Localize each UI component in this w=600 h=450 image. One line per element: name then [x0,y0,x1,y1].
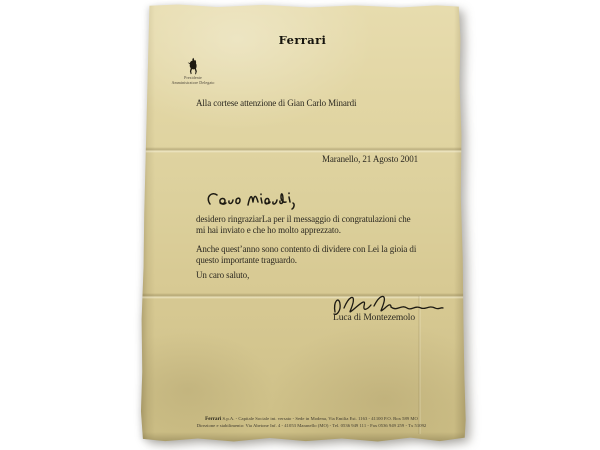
paper-right-shadow [454,4,466,442]
footer-line-1: Ferrari S.p.A. - Capitale Sociale int. v… [197,416,427,423]
letter-paper: Ferrari Presidente Amministratore Delega… [139,4,466,442]
paper-left-shadow [139,4,155,442]
attention-line: Alla cortese attenzione di Gian Carlo Mi… [196,98,356,109]
footer-brand: Ferrari [205,417,221,422]
letter-footer: Ferrari S.p.A. - Capitale Sociale int. v… [197,416,427,429]
fold-crease-upper [139,147,466,153]
letter-paper-surface: Ferrari Presidente Amministratore Delega… [139,4,466,442]
closing-line: Un caro saluto, [196,270,249,281]
handwritten-salutation [202,188,298,214]
prancing-horse-icon [186,56,199,76]
signatory-name: Luca di Montezemolo [333,313,415,324]
paper-bottom-shadow [139,432,466,442]
letterhead-emblem: Presidente Amministratore Delegato [180,56,234,85]
footer-line-2: Direzione e stabilimento: Via Abetone In… [197,423,427,429]
dateline: Maranello, 21 Agosto 2001 [322,154,418,165]
body-paragraph-2: Anche quest’anno sono contento di divide… [196,244,436,266]
ferrari-wordmark: Ferrari [139,33,466,47]
photo-background: Ferrari Presidente Amministratore Delega… [0,0,600,450]
emblem-caption-line2: Amministratore Delegato [166,81,220,86]
footer-line-1-text: S.p.A. - Capitale Sociale int. versato -… [221,416,418,421]
body-paragraph-1: desidero ringraziarLa per il messaggio d… [196,214,436,236]
